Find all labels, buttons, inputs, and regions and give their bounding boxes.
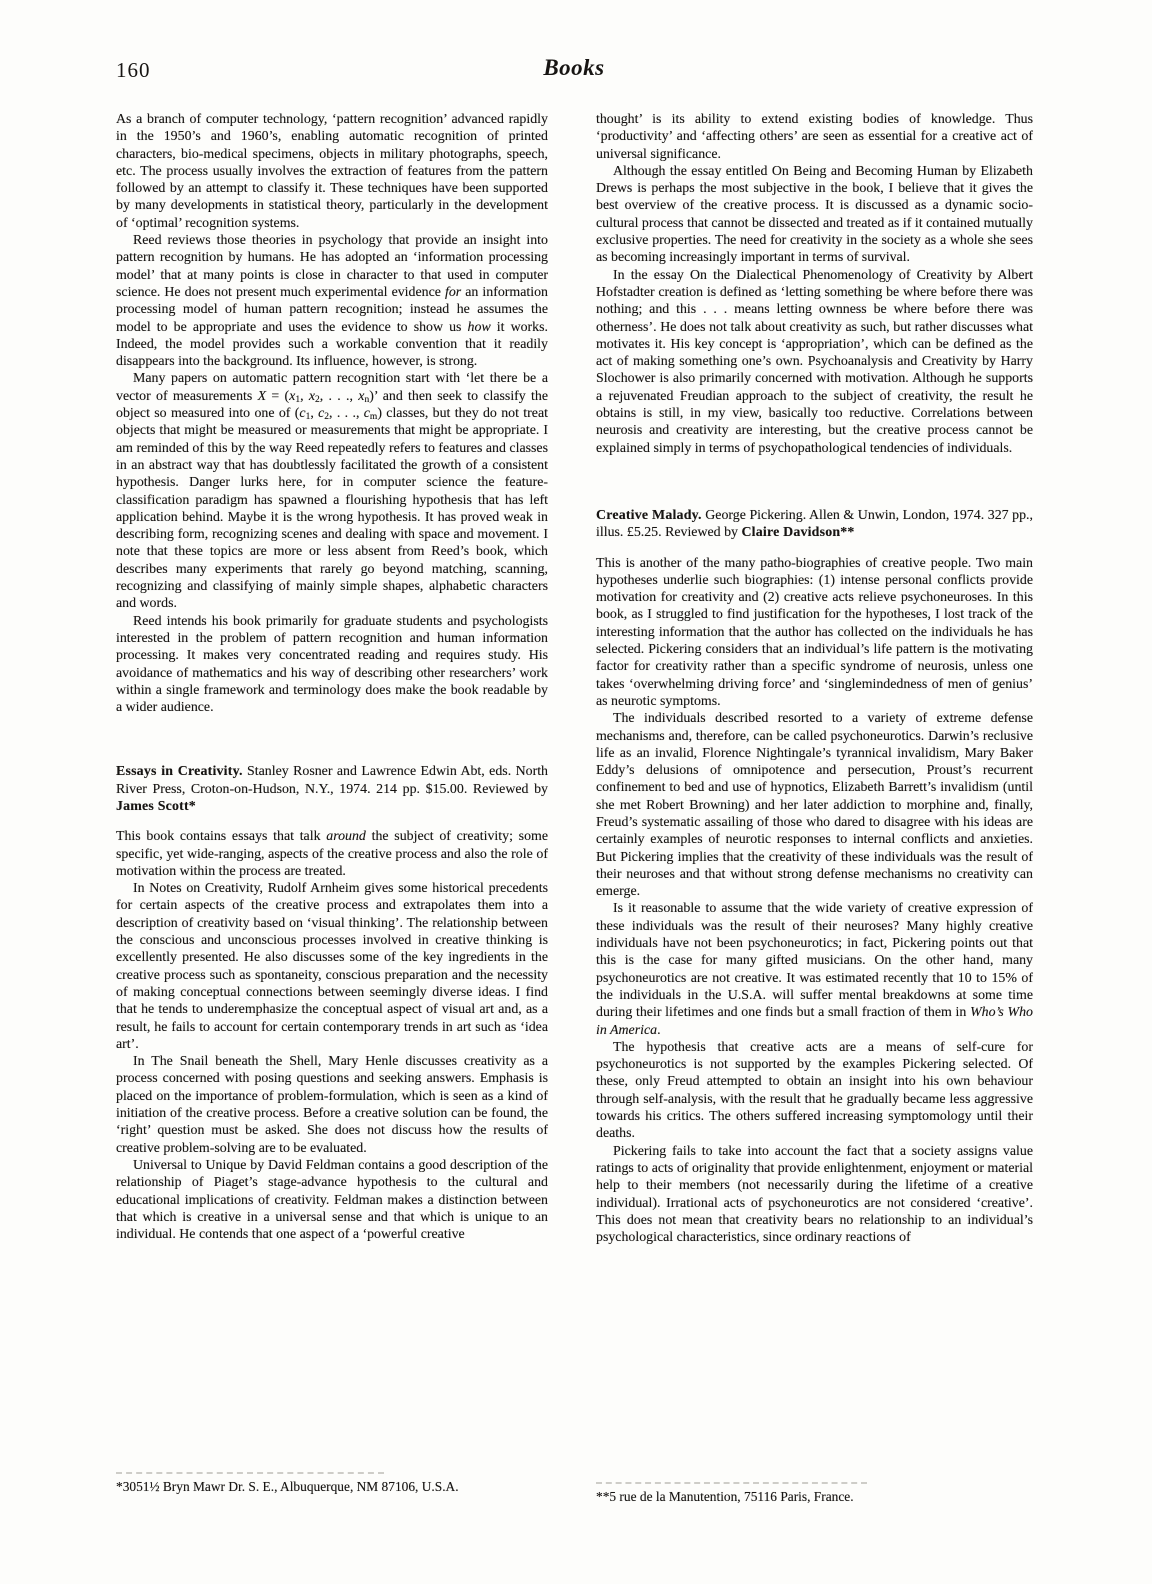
paragraph: Is it reasonable to assume that the wide… <box>596 900 1033 1038</box>
paragraph: In the essay On the Dialectical Phenomen… <box>596 267 1033 457</box>
paragraph: Although the essay entitled On Being and… <box>596 163 1033 267</box>
paragraph: Reed reviews those theories in psycholog… <box>116 232 548 370</box>
paragraph: Pickering fails to take into account the… <box>596 1143 1033 1247</box>
paragraph: Universal to Unique by David Feldman con… <box>116 1157 548 1243</box>
paragraph: In Notes on Creativity, Rudolf Arnheim g… <box>116 880 548 1053</box>
paragraph: This book contains essays that talk arou… <box>116 828 548 880</box>
section-gap <box>116 716 548 763</box>
footnote-right: **5 rue de la Manutention, 75116 Paris, … <box>596 1482 1033 1505</box>
running-title: Books <box>0 55 1148 81</box>
footnote-left: *3051½ Bryn Mawr Dr. S. E., Albuquerque,… <box>116 1472 548 1495</box>
footnote-right-text: **5 rue de la Manutention, 75116 Paris, … <box>596 1489 854 1504</box>
paragraph: Many papers on automatic pattern recogni… <box>116 370 548 612</box>
review-citation: Essays in Creativity. Stanley Rosner and… <box>116 763 548 815</box>
paragraph: In The Snail beneath the Shell, Mary Hen… <box>116 1053 548 1157</box>
paragraph: Reed intends his book primarily for grad… <box>116 613 548 717</box>
text-column-left: As a branch of computer technology, ‘pat… <box>116 111 548 1243</box>
section-gap <box>596 457 1033 507</box>
paragraph: thought’ is its ability to extend existi… <box>596 111 1033 163</box>
paragraph: As a branch of computer technology, ‘pat… <box>116 111 548 232</box>
journal-page: 160 Books As a branch of computer techno… <box>0 0 1152 1584</box>
footnote-rule <box>116 1472 384 1474</box>
footnote-rule <box>596 1482 867 1484</box>
paragraph: The hypothesis that creative acts are a … <box>596 1039 1033 1143</box>
text-column-right: thought’ is its ability to extend existi… <box>596 111 1033 1246</box>
review-citation: Creative Malady. George Pickering. Allen… <box>596 507 1033 542</box>
paragraph: This is another of the many patho-biogra… <box>596 555 1033 711</box>
footnote-left-text: *3051½ Bryn Mawr Dr. S. E., Albuquerque,… <box>116 1479 459 1494</box>
paragraph: The individuals described resorted to a … <box>596 710 1033 900</box>
